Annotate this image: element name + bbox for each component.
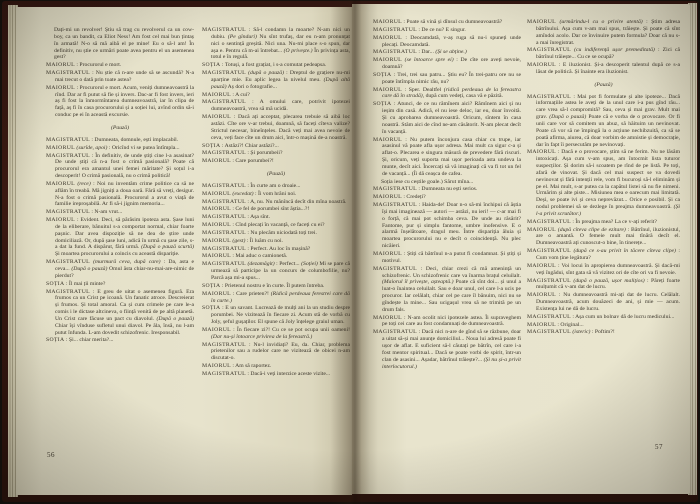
dialogue-line: MAGISTRATUL (murmură ceva, după care) : … — [46, 259, 194, 280]
text-column-right-1: MAIORUL : Poate să vină și dînsul cu dum… — [373, 19, 521, 451]
dialogue-line: MAIORUL : Evident. Deci, să părăsim ipot… — [46, 217, 194, 258]
dialogue-line: MAGISTRATUL : Nu plecăm niciodată toți t… — [202, 230, 350, 237]
dialogue-line: MAIORUL : Procurorul e mort. Acum, veniț… — [46, 85, 194, 119]
dialogue-line: MAIORUL : Credeți? — [373, 194, 521, 201]
dialogue-line: SOȚIA : Astăzi?! Chiar astăzi?... — [202, 143, 350, 150]
dialogue-line: MAGISTRATUL : În preajma mea? La ce v-aț… — [527, 219, 680, 226]
dialogue-line: MAGISTRATUL : E greu de uitat o asemenea… — [46, 289, 194, 337]
pause-direction: (Pauză) — [527, 77, 680, 94]
page-left: Dați-mi un revolver! Știu să trag cu rev… — [16, 7, 352, 495]
dialogue-line: SOȚIA : Îl mai ții minte? — [46, 281, 194, 288]
dialogue-line: MAGISTRATUL (isteric) : Poftim?! — [527, 329, 680, 336]
dialogue-line: MAIORUL (după cîteva clipe de ezitare) :… — [527, 227, 680, 248]
dialogue-line: SOȚIA : Totuși, a fost grațiat, i s-a co… — [202, 62, 350, 69]
dialogue-line: MAIORUL : A cui? — [202, 92, 350, 99]
dialogue-line: SOȚIA : Prietenul nostru e în curte. Îl … — [202, 283, 350, 290]
dialogue-line: MAIORUL : Poate să vină și dînsul cu dum… — [373, 19, 521, 26]
dialogue-line: MAGISTRATUL : Așa sînt. — [202, 214, 350, 221]
dialogue-line: MAIORUL : Nu putem înconjura casa chiar … — [373, 137, 521, 178]
dialogue-line: MAIORUL : Dacă ați acceptat, plecarea tr… — [202, 114, 350, 141]
dialogue-line: MAGISTRATUL : A omului care, potrivit ip… — [202, 99, 350, 113]
dialogue-line: MAGISTRATUL : Perfect. Au loc în mașină? — [202, 246, 350, 253]
dialogue-line: MAIORUL : Știți că bătrînul n-a putut fi… — [373, 251, 521, 265]
dialogue-line: MAIORUL : Sper. Dealtfel (ridică perdeau… — [373, 87, 521, 101]
dialogue-line: MAIORUL (se întoarce spre ei) : De cîte … — [373, 57, 521, 71]
dialogue-line: MAGISTRATUL : Dumneata, domnule, ești im… — [46, 137, 194, 144]
dialogue-line: MAGISTRATUL (după o pauză, ușor malițios… — [527, 278, 680, 292]
dialogue-line: MAIORUL : Nu dumneavoastră mi-ați dat de… — [527, 292, 680, 313]
dialogue-line: MAIORUL : Cînd plecați în vacanță, ce fa… — [202, 222, 350, 229]
dialogue-line: MAIORUL : N-am ocolit nici ipotezele ast… — [373, 315, 521, 329]
dialogue-line: SOȚIA : Trei, trei sau patru... Știu eu?… — [373, 72, 521, 86]
book-photo: Dați-mi un revolver! Știu să trag cu rev… — [0, 0, 700, 504]
dialogue-line: SOȚIA : Atunci, de ce nu rămînem aici? R… — [373, 101, 521, 135]
dialogue-line: MAGISTRATUL : De ce nu? E singur. — [373, 27, 521, 34]
dialogue-line: MAGISTRATUL : A, nu. Nu mănîncă decît di… — [202, 199, 350, 206]
page-right: MAIORUL : Poate să vină și dînsul cu dum… — [352, 4, 690, 494]
dialogue-line: MAGISTRATUL : Dar... (Și se abține.) — [373, 49, 521, 56]
dialogue-line: MAGISTRATUL (după o pauză) : Dreptul de … — [202, 70, 350, 91]
pause-direction: (Pauză) — [202, 166, 350, 183]
dialogue-line: MAIORUL : În fiecare zi?! Cu ce se pot o… — [202, 327, 350, 341]
dialogue-line: MAGISTRATUL : Deci, chiar crezi că mă am… — [373, 266, 521, 314]
dialogue-line: MAGISTRATUL : În definitiv, de unde știț… — [46, 153, 194, 180]
dialogue-line: MAIORUL (excedat) : Îi vom hrăni noi. — [202, 191, 350, 198]
dialogue-line: MAGISTRATUL : Dumneata nu ești serios. — [373, 186, 521, 193]
dialogue-line: MAGISTRATUL : Și porumbeii? — [202, 150, 350, 157]
dialogue-line: SOȚIA : Și... chiar merita?... — [46, 337, 194, 344]
text-column-right-2: MAIORUL (urmărindu-l cu o privire atentă… — [527, 19, 680, 451]
dialogue-line: MAGISTRATUL : Nu știe că n-are unde să s… — [46, 70, 194, 84]
dialogue-line: MAIORUL : Am să raportez. — [202, 363, 350, 370]
dialogue-line: MAIORUL : Original... — [527, 322, 680, 329]
dialogue-continuation: Dați-mi un revolver! Știu să trag cu rev… — [46, 27, 194, 61]
text-column-left-2: MAGISTRATUL : Să-l condamn la moarte? N-… — [202, 27, 350, 457]
page-number-right: 57 — [655, 443, 663, 451]
dialogue-continuation: Soția iese cu ceștile goale.) Sărut mîna… — [373, 179, 521, 186]
dialogue-line: MAIORUL : Deocamdată, v-aș ruga să nu-i … — [373, 35, 521, 49]
dialogue-line: MAGISTRATUL : N-am vrut... — [46, 209, 194, 216]
dialogue-line: MAGISTRATUL : Așa cum un bolnav dă de lu… — [527, 314, 680, 321]
dialogue-line: MAIORUL (gest) : Îi luăm cu noi. — [202, 238, 350, 245]
text-column-left-1: Dați-mi un revolver! Știu să trag cu rev… — [46, 27, 194, 457]
dialogue-line: MAGISTRATUL : Nu-l invidiați? Eu, da. Ch… — [202, 342, 350, 363]
dialogue-line: SOȚIA : E un savant. Lucrează de mulți a… — [202, 305, 350, 326]
dialogue-line: MAIORUL (urmărindu-l cu o privire atentă… — [527, 19, 680, 46]
dialogue-line: MAGISTRATUL (dezamăgit) : Perfect... (So… — [202, 261, 350, 282]
dialogue-line: MAIORUL : Ce fel de porumbei sînt ăștia.… — [202, 206, 350, 213]
dialogue-line: MAGISTRATUL : Să-l condamn la moarte? N-… — [202, 27, 350, 61]
pause-direction: (Pauză) — [46, 120, 194, 137]
dialogue-line: MAIORUL : Care prieten?! (Ridică perdeau… — [202, 291, 350, 305]
dialogue-line: MAIORUL : Voi locui în apropierea dumnea… — [527, 263, 680, 277]
dialogue-line: MAIORUL (surîde, apoi) : Oricînd vi se p… — [46, 145, 194, 152]
dialogue-line: MAIORUL : Dacă e o provocare, știm să ne… — [527, 149, 680, 217]
dialogue-line: MAGISTRATUL (după ce s-au privit în tăce… — [527, 248, 680, 262]
dialogue-line: MAIORUL : Mai aduc o camionetă. — [202, 253, 350, 260]
dialogue-line: MAIORUL : E iluzionist. Și-a descoperit … — [527, 62, 680, 76]
dialogue-line: MAIORUL (rece) : Noi nu inventăm crime p… — [46, 181, 194, 208]
dialogue-line: MAGISTRATUL : În curte am o droaie... — [202, 183, 350, 190]
page-number-left: 56 — [47, 451, 55, 459]
dialogue-line: MAIORUL : Care porumbei?! — [202, 158, 350, 165]
dialogue-line: MAGISTRATUL : Dacă nici n-are de gînd să… — [373, 329, 521, 370]
dialogue-line: MAGISTRATUL : Mai pot fi formulate și al… — [527, 94, 680, 149]
dialogue-line: MAIORUL : Procurorul e mort. — [46, 62, 194, 69]
dialogue-line: MAGISTRATUL : Haida-de! Doar n-o să-mi î… — [373, 202, 521, 250]
dialogue-line: MAGISTRATUL : Dacă-i veți interzice aces… — [202, 371, 350, 378]
dialogue-line: MAGISTRATUL (cu indiferență ușor premedi… — [527, 47, 680, 61]
